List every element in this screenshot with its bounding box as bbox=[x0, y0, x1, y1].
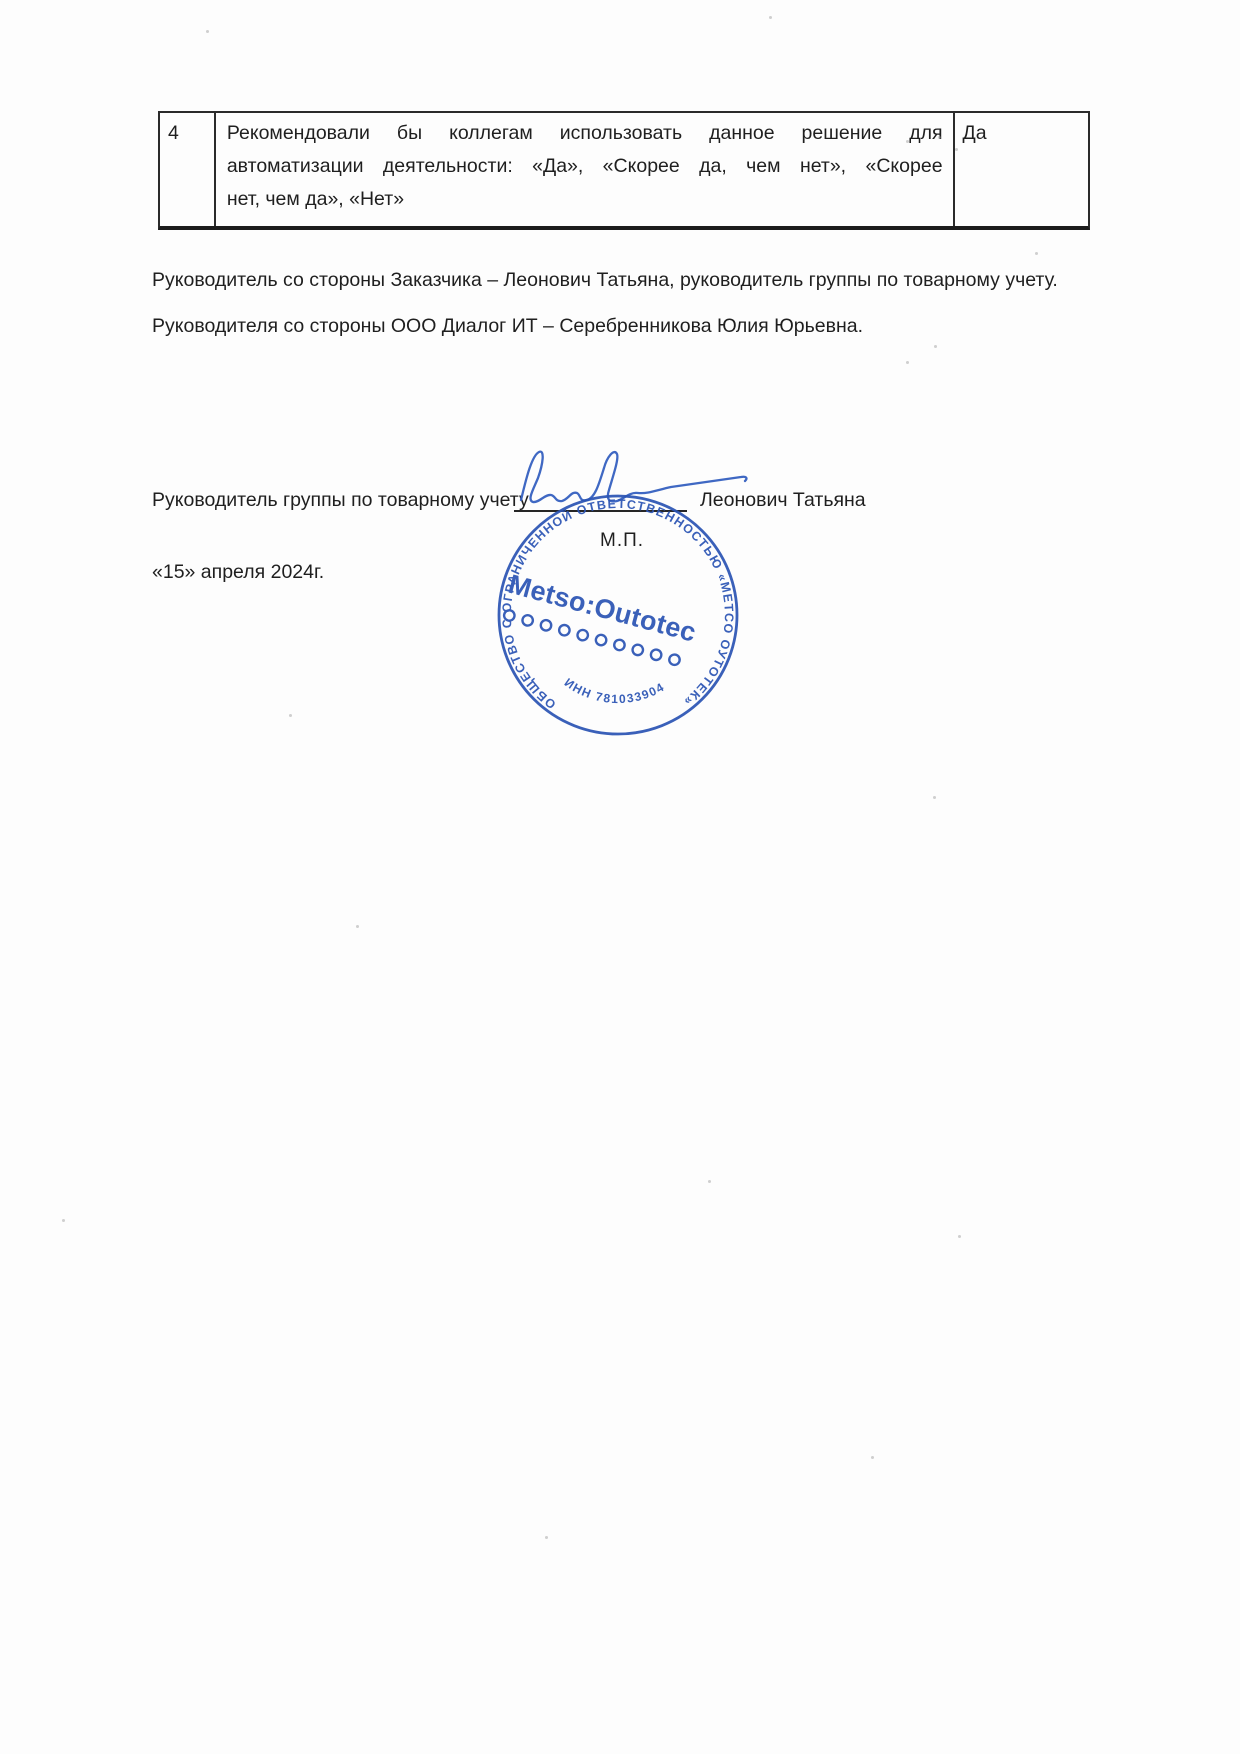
customer-lead-paragraph: Руководитель со стороны Заказчика – Леон… bbox=[152, 268, 1058, 292]
scan-speck bbox=[933, 796, 936, 799]
scan-speck bbox=[62, 1219, 65, 1222]
document-page: 4 Рекомендовали бы коллегам использовать… bbox=[0, 0, 1240, 1754]
scan-speck bbox=[356, 925, 359, 928]
date-line: «15» апреля 2024г. bbox=[152, 561, 324, 584]
question-line: Рекомендовали бы коллегам использовать д… bbox=[227, 117, 943, 150]
scan-speck bbox=[955, 148, 958, 151]
scan-speck bbox=[708, 1180, 711, 1183]
answer-value: Да bbox=[963, 122, 987, 144]
contractor-lead-paragraph: Руководителя со стороны ООО Диалог ИТ – … bbox=[152, 314, 863, 338]
scan-speck bbox=[906, 140, 909, 143]
scan-speck bbox=[769, 16, 772, 19]
question-line: нет, чем да», «Нет» bbox=[227, 183, 943, 216]
scan-speck bbox=[958, 1235, 961, 1238]
signature-role-label: Руководитель группы по товарному учету bbox=[152, 489, 529, 512]
scan-speck bbox=[206, 30, 209, 33]
scan-speck bbox=[938, 136, 941, 139]
company-stamp: ОБЩЕСТВО С ОГРАНИЧЕННОЙ ОТВЕТСТВЕННОСТЬЮ… bbox=[486, 483, 750, 747]
scan-speck bbox=[871, 1456, 874, 1459]
scan-speck bbox=[934, 345, 937, 348]
question-line: автоматизации деятельности: «Да», «Скоре… bbox=[227, 150, 943, 183]
scan-speck bbox=[545, 1536, 548, 1539]
table-cell-question: Рекомендовали бы коллегам использовать д… bbox=[216, 113, 955, 226]
table-cell-answer: Да bbox=[955, 113, 1088, 226]
row-number: 4 bbox=[168, 122, 179, 144]
scan-speck bbox=[1035, 252, 1038, 255]
table-cell-number: 4 bbox=[160, 113, 216, 226]
scan-speck bbox=[906, 361, 909, 364]
survey-table: 4 Рекомендовали бы коллегам использовать… bbox=[158, 111, 1090, 230]
scan-speck bbox=[289, 714, 292, 717]
